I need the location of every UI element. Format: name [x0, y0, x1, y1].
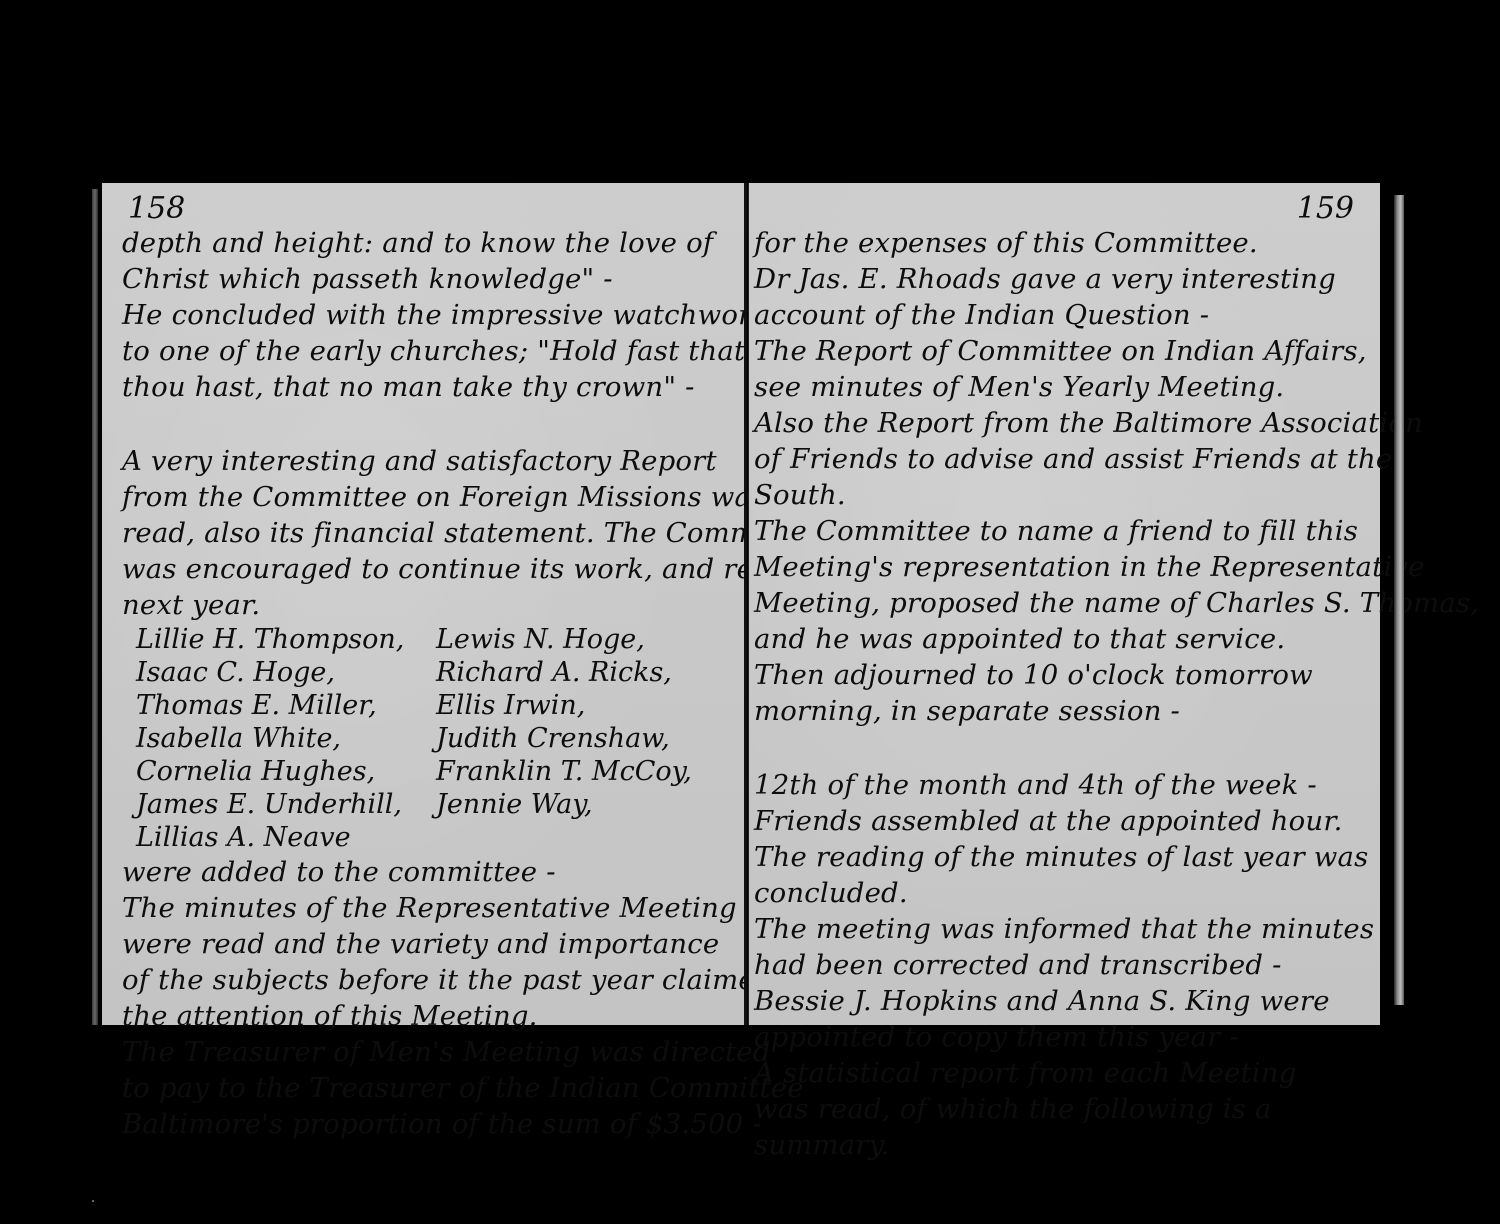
text-line: Bessie J. Hopkins and Anna S. King were — [754, 983, 1360, 1019]
text-line: was encouraged to continue its work, and… — [122, 551, 730, 587]
text-line: of Friends to advise and assist Friends … — [754, 441, 1360, 477]
passage-bottom: 12th of the month and 4th of the week - … — [754, 767, 1360, 1163]
committee-name: Isabella White, — [136, 722, 436, 755]
text-line: next year. — [122, 587, 730, 623]
committee-name: Jennie Way, — [436, 788, 756, 821]
committee-name: Isaac C. Hoge, — [136, 656, 436, 689]
speck — [92, 1200, 94, 1202]
book-edge-left — [92, 189, 98, 1025]
text-line: the attention of this Meeting. — [122, 998, 730, 1034]
text-line: to one of the early churches; "Hold fast… — [122, 333, 730, 369]
committee-name: Lillie H. Thompson, — [136, 623, 436, 656]
left-page: 158 depth and height: and to know the lo… — [102, 183, 747, 1025]
committee-name: Judith Crenshaw, — [436, 722, 756, 755]
text-line: were read and the variety and importance — [122, 926, 730, 962]
passage-top: for the expenses of this Committee. Dr J… — [754, 225, 1360, 729]
text-line: Friends assembled at the appointed hour. — [754, 803, 1360, 839]
text-line: Baltimore's proportion of the sum of $3.… — [122, 1106, 730, 1142]
committee-name: Thomas E. Miller, — [136, 689, 436, 722]
text-line: The Treasurer of Men's Meeting was direc… — [122, 1034, 730, 1070]
text-line: The minutes of the Representative Meetin… — [122, 890, 730, 926]
paragraph-gap — [122, 405, 730, 443]
text-line: The Committee to name a friend to fill t… — [754, 513, 1360, 549]
text-line: A very interesting and satisfactory Repo… — [122, 443, 730, 479]
text-line: from the Committee on Foreign Missions w… — [122, 479, 730, 515]
committee-name: Lewis N. Hoge, — [436, 623, 756, 656]
text-line: South. — [754, 477, 1360, 513]
text-line: see minutes of Men's Yearly Meeting. — [754, 369, 1360, 405]
passage-top: depth and height: and to know the love o… — [122, 225, 730, 405]
text-line: Meeting, proposed the name of Charles S.… — [754, 585, 1360, 621]
text-line: summary. — [754, 1127, 1360, 1163]
right-page: 159 for the expenses of this Committee. … — [748, 183, 1380, 1025]
text-line: had been corrected and transcribed - — [754, 947, 1360, 983]
book-edge-right — [1394, 195, 1404, 1005]
committee-name: James E. Underhill, — [136, 788, 436, 821]
committee-name — [436, 821, 756, 854]
text-line: Dr Jas. E. Rhoads gave a very interestin… — [754, 261, 1360, 297]
text-line: The meeting was informed that the minute… — [754, 911, 1360, 947]
committee-name: Lillias A. Neave — [136, 821, 436, 854]
committee-name: Franklin T. McCoy, — [436, 755, 756, 788]
text-line: Meeting's representation in the Represen… — [754, 549, 1360, 585]
text-line: to pay to the Treasurer of the Indian Co… — [122, 1070, 730, 1106]
page-number: 158 — [128, 193, 730, 225]
text-line: The Report of Committee on Indian Affair… — [754, 333, 1360, 369]
committee-names-list: Lillie H. Thompson, Lewis N. Hoge, Isaac… — [122, 623, 730, 854]
text-line: of the subjects before it the past year … — [122, 962, 730, 998]
committee-name: Richard A. Ricks, — [436, 656, 756, 689]
paragraph-gap — [754, 729, 1360, 767]
text-line: He concluded with the impressive watchwo… — [122, 297, 730, 333]
committee-name: Ellis Irwin, — [436, 689, 756, 722]
committee-name: Cornelia Hughes, — [136, 755, 436, 788]
text-line: for the expenses of this Committee. — [754, 225, 1360, 261]
text-line: were added to the committee - — [122, 854, 730, 890]
text-line: account of the Indian Question - — [754, 297, 1360, 333]
text-line: Christ which passeth knowledge" - — [122, 261, 730, 297]
open-book: 158 depth and height: and to know the lo… — [80, 183, 1410, 1028]
page-number: 159 — [754, 193, 1354, 225]
text-line: Also the Report from the Baltimore Assoc… — [754, 405, 1360, 441]
text-line: Then adjourned to 10 o'clock tomorrow — [754, 657, 1360, 693]
passage-bottom: were added to the committee - The minute… — [122, 854, 730, 1142]
text-line: 12th of the month and 4th of the week - — [754, 767, 1360, 803]
text-line: A statistical report from each Meeting — [754, 1055, 1360, 1091]
text-line: The reading of the minutes of last year … — [754, 839, 1360, 875]
text-line: concluded. — [754, 875, 1360, 911]
text-line: and he was appointed to that service. — [754, 621, 1360, 657]
text-line: thou hast, that no man take thy crown" - — [122, 369, 730, 405]
text-line: morning, in separate session - — [754, 693, 1360, 729]
text-line: appointed to copy them this year - — [754, 1019, 1360, 1055]
passage-report: A very interesting and satisfactory Repo… — [122, 443, 730, 623]
text-line: read, also its financial statement. The … — [122, 515, 730, 551]
text-line: depth and height: and to know the love o… — [122, 225, 730, 261]
text-line: was read, of which the following is a — [754, 1091, 1360, 1127]
